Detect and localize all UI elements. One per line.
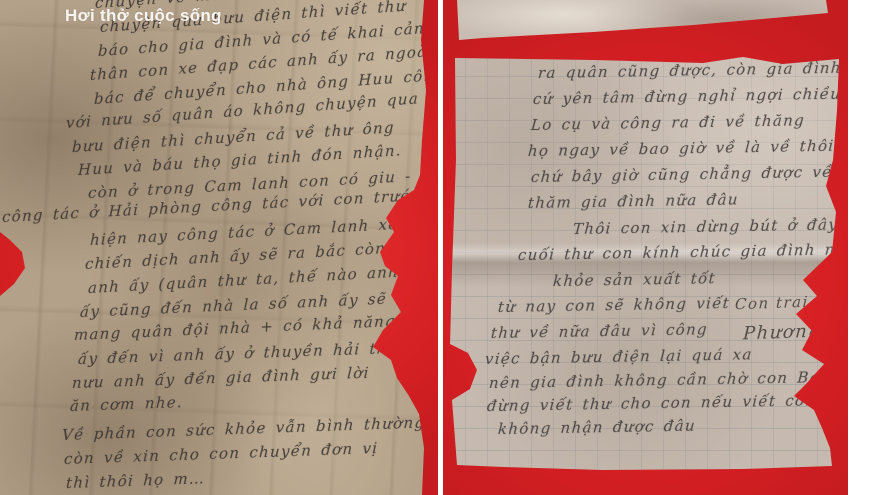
handwriting-line: Thôi con xin dừng bút ở đây xyxy=(572,217,838,237)
handwriting-line: khỏe sản xuất tốt xyxy=(552,271,716,289)
right-margin-strip xyxy=(848,0,880,495)
handwriting-line: chứ bây giờ cũng chẳng được về xyxy=(530,165,833,185)
handwriting-line: thăm gia đình nữa đâu xyxy=(527,192,739,211)
handwriting-line: thì thôi họ m… xyxy=(66,471,206,491)
handwriting-line: đừng viết thư cho con nếu viết con cũng xyxy=(486,392,848,414)
handwriting-line: việc bận bưu điện lại quá xa xyxy=(484,347,753,367)
signature-name: Phương xyxy=(743,323,822,344)
handwriting-line: từ nay con sẽ không viết xyxy=(497,296,730,315)
handwriting-line: nên gia đình không cần chờ con Ba gia xyxy=(488,370,848,391)
signature-label: Con trai xyxy=(735,295,810,313)
image-canvas: chuyện về mà và con có văn hưuchuyện qua… xyxy=(0,0,880,495)
handwriting-line: thư về nữa đâu vì công xyxy=(490,322,708,341)
handwriting-line: không nhận được đâu xyxy=(497,419,696,437)
handwriting-line: họ ngay về bao giờ về là về thôi xyxy=(527,139,835,159)
handwriting-line: ra quân cũng được, còn gia đình xyxy=(537,61,842,81)
handwriting-line: nưu anh ấy đến gia đình gưi lời xyxy=(72,366,370,391)
letter-photo-right: Con trai Phương ra quân cũng được, còn g… xyxy=(443,0,848,495)
handwriting-line: cứ yên tâm đừng nghỉ ngợi chiều xyxy=(532,87,841,107)
handwriting-line: Lo cụ và công ra đi về thăng xyxy=(530,113,805,133)
handwriting-line: ăn cơm nhe. xyxy=(70,395,184,414)
watermark-label: Hơi thở cuộc sống xyxy=(65,6,222,26)
letter-photo-left: chuyện về mà và con có văn hưuchuyện qua… xyxy=(0,0,438,495)
letter-page-right: Con trai Phương ra quân cũng được, còn g… xyxy=(443,0,848,495)
handwriting-line: còn về xin cho con chuyển đơn vị xyxy=(64,441,379,467)
handwriting-line: cuối thư con kính chúc gia đình mạnh xyxy=(517,242,848,263)
letter-page-left: chuyện về mà và con có văn hưuchuyện qua… xyxy=(0,0,438,495)
